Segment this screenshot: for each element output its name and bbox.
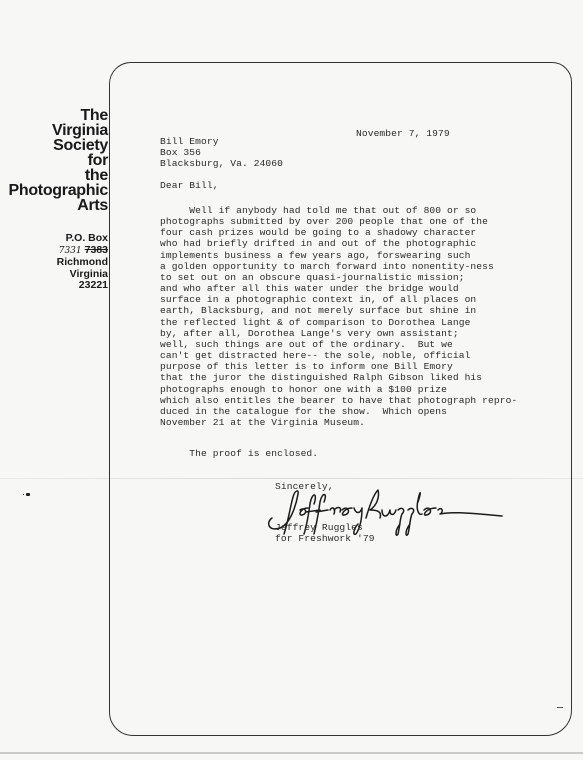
body-line: a golden opportunity to march forward in…	[160, 261, 517, 272]
body-line: and who after all this water under the b…	[160, 283, 517, 294]
handwritten-box-number: 7331	[59, 246, 82, 256]
address-zip: 23221	[8, 280, 108, 292]
signer-title: for Freshwork '79	[275, 533, 375, 544]
closing-paragraph: The proof is enclosed.	[160, 448, 318, 459]
body-line: purpose of this letter is to inform one …	[160, 361, 517, 372]
salutation: Dear Bill,	[160, 180, 219, 191]
body-line: earth, Blacksburg, and not merely surfac…	[160, 305, 517, 316]
letter-date: November 7, 1979	[356, 128, 450, 139]
body-line: November 21 at the Virginia Museum.	[160, 417, 517, 428]
recipient-name: Bill Emory	[160, 136, 283, 147]
body-line: that the juror the distinguished Ralph G…	[160, 372, 517, 383]
body-line: well, such things are out of the ordinar…	[160, 339, 517, 350]
letterhead: The Virginia Society for the Photographi…	[8, 108, 108, 292]
recipient-box: Box 356	[160, 147, 283, 158]
recipient-address: Bill EmoryBox 356Blacksburg, Va. 24060	[160, 136, 283, 169]
body-line: implements business a few years ago, for…	[160, 250, 517, 261]
body-line: by, after all, Dorothea Lange's very own…	[160, 328, 517, 339]
body-line: surface in a photographic context in, of…	[160, 294, 517, 305]
body-line: the reflected light & of comparison to D…	[160, 317, 517, 328]
paper-edge	[0, 752, 583, 754]
signature-block: Jeffrey Rugglesfor Freshwork '79	[275, 522, 375, 544]
body-line: who had briefly drifted in and out of th…	[160, 238, 517, 249]
struck-box-number: 7383	[85, 244, 108, 256]
stray-mark	[557, 707, 563, 708]
paper-speck	[26, 493, 30, 496]
body-line: four cash prizes would be going to a sha…	[160, 227, 517, 238]
organization-address: P.O. Box 73317383 Richmond Virginia 2322…	[8, 233, 108, 292]
body-line: photographs submitted by over 200 people…	[160, 216, 517, 227]
body-line: to set out on an obscure quasi-journalis…	[160, 272, 517, 283]
paper-speck	[23, 494, 24, 495]
address-city: Richmond	[8, 257, 108, 269]
body-line: which also entitles the bearer to have t…	[160, 395, 517, 406]
letter-body: Well if anybody had told me that out of …	[160, 205, 517, 428]
organization-name: The Virginia Society for the Photographi…	[8, 108, 108, 213]
body-line: duced in the catalogue for the show. Whi…	[160, 406, 517, 417]
recipient-city-state-zip: Blacksburg, Va. 24060	[160, 158, 283, 169]
body-line: photographs enough to honor one with a $…	[160, 384, 517, 395]
body-line: Well if anybody had told me that out of …	[160, 205, 517, 216]
signer-name: Jeffrey Ruggles	[275, 522, 375, 533]
body-line: can't get distracted here-- the sole, no…	[160, 350, 517, 361]
